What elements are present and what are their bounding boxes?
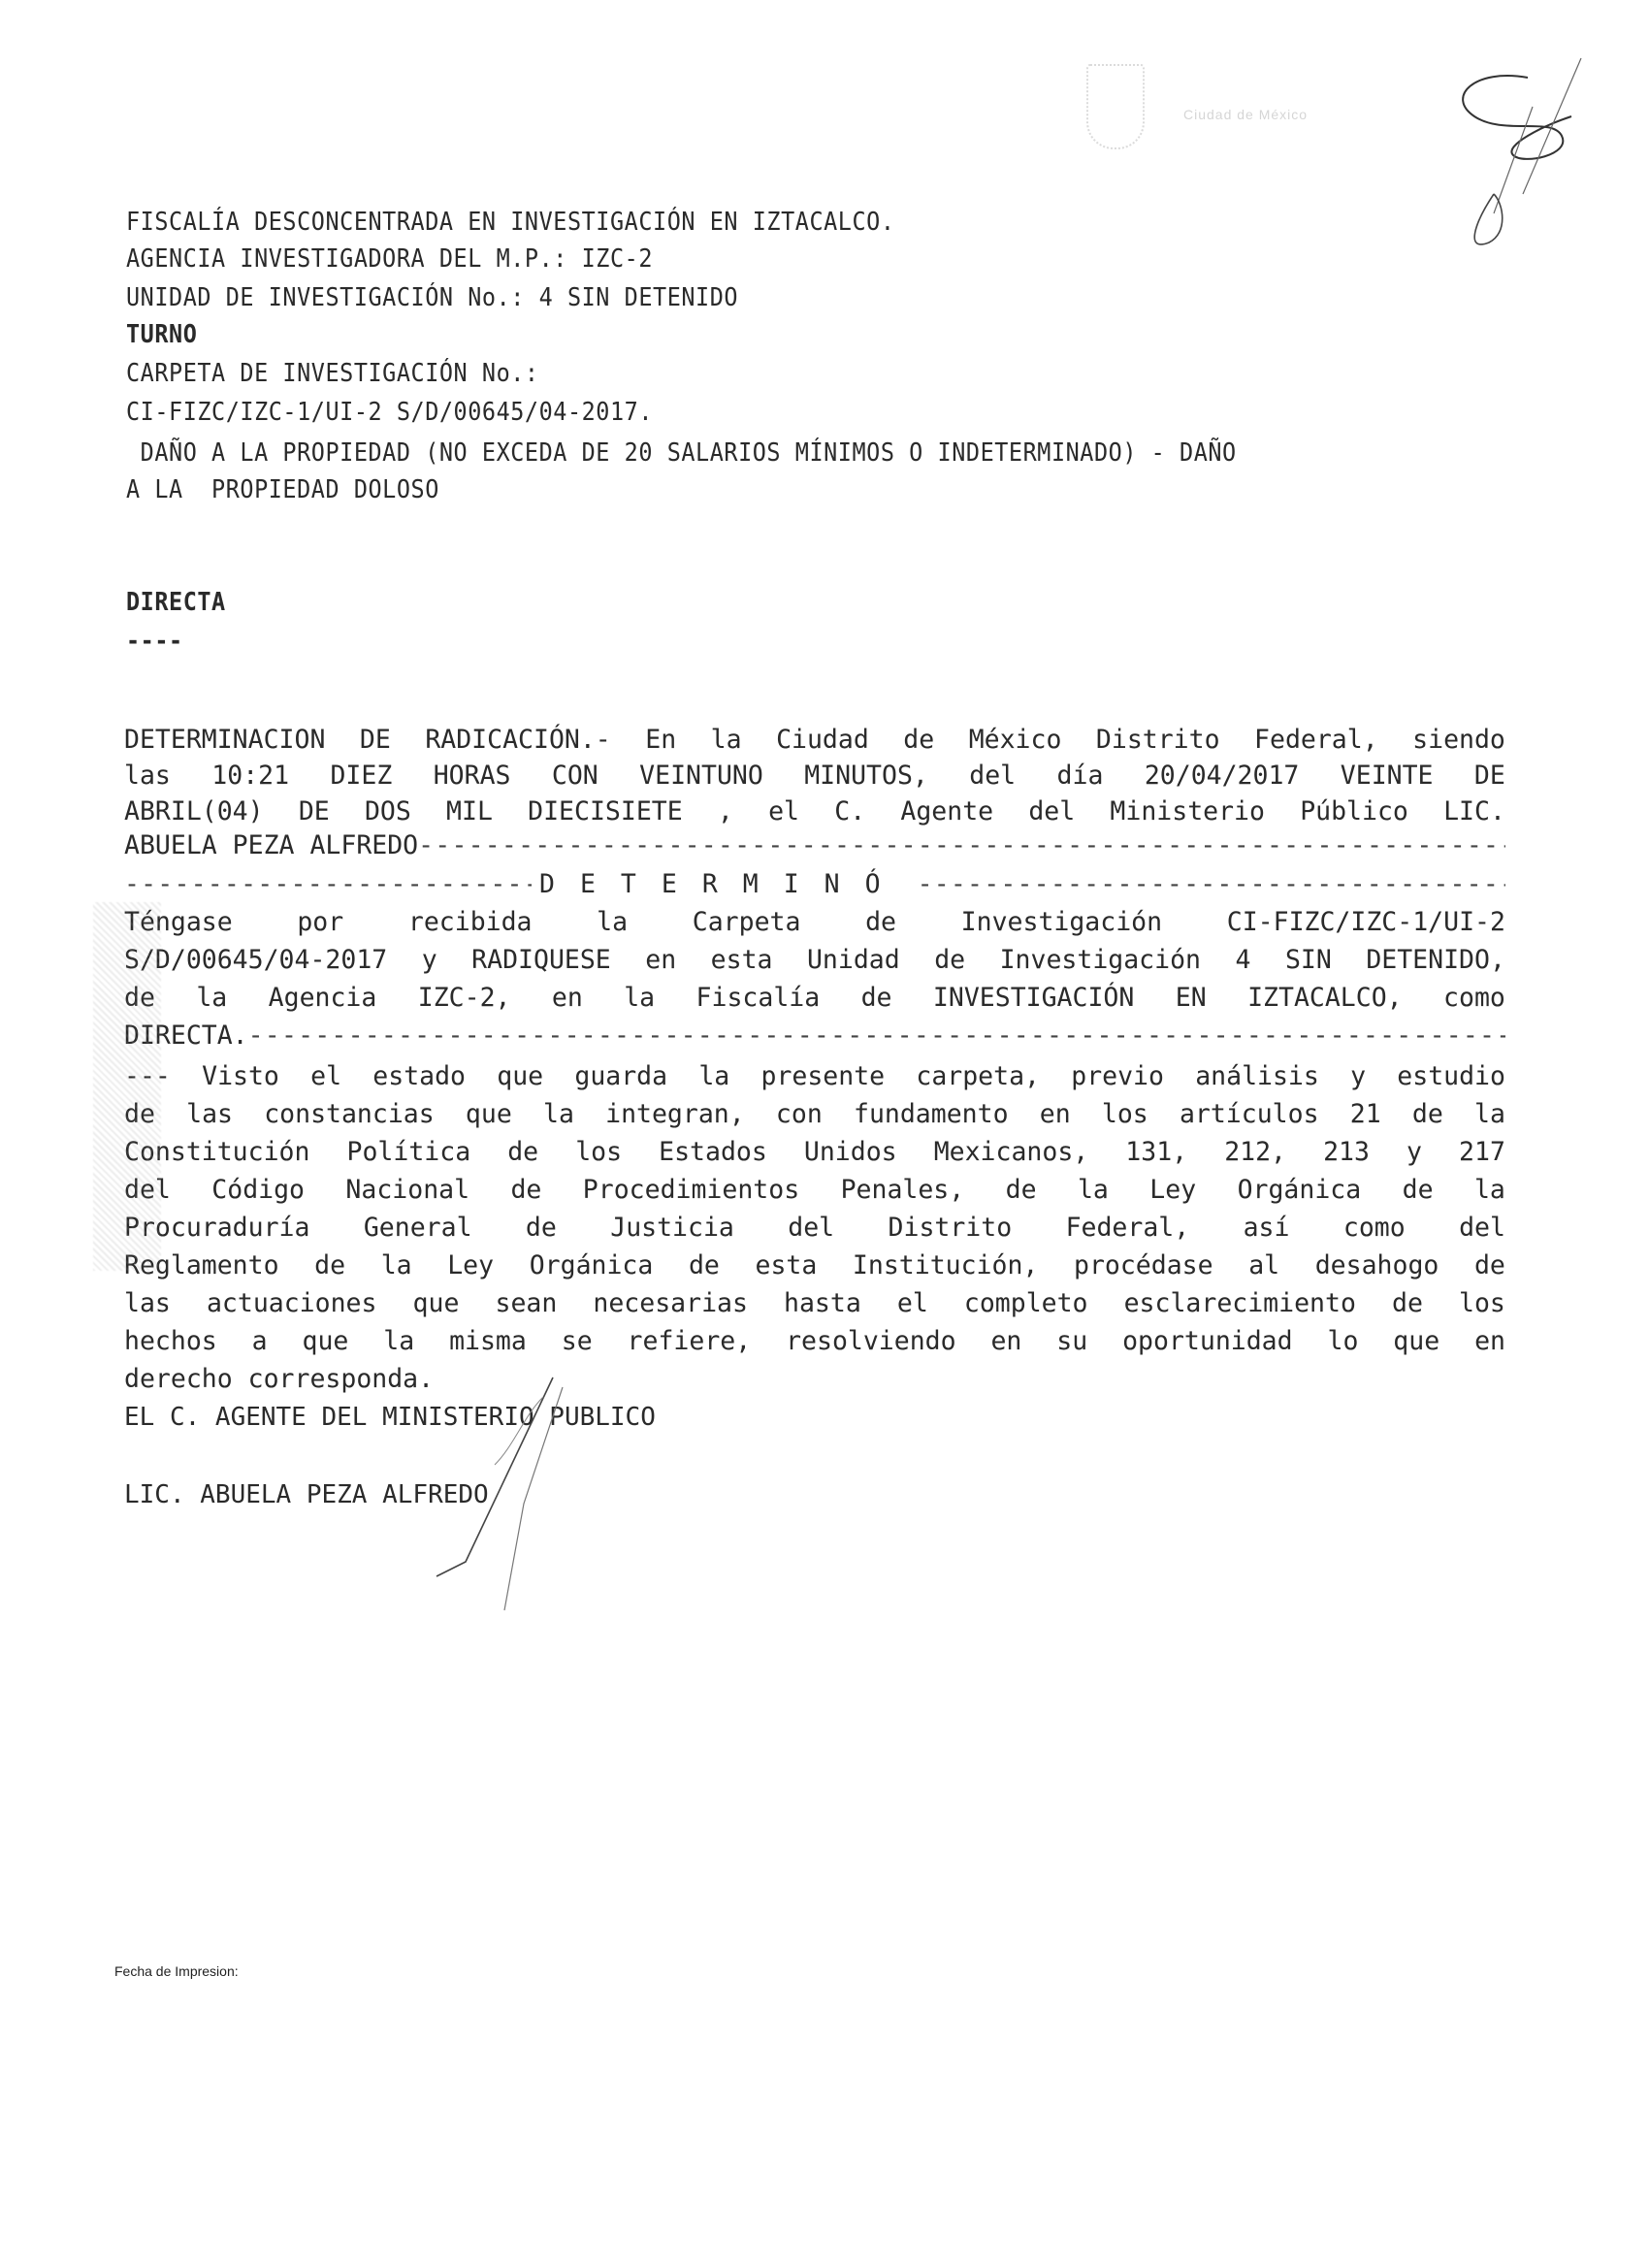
word: 21 <box>1350 1099 1381 1129</box>
word: de <box>1403 1175 1434 1205</box>
unidad-heading: UNIDAD DE INVESTIGACIÓN No.: 4 SIN DETEN… <box>126 283 738 312</box>
word: Justicia <box>610 1213 734 1243</box>
determino-line: ----------------------------------------… <box>124 869 1505 899</box>
word: Código <box>211 1175 305 1205</box>
word: día <box>1057 761 1104 791</box>
word: Política <box>347 1137 471 1167</box>
word: IZTACALCO, <box>1247 983 1403 1013</box>
word: la <box>1474 1099 1505 1129</box>
word: C. <box>834 796 865 826</box>
word: actuaciones <box>207 1288 377 1318</box>
dash-fill: ----------------------------------------… <box>418 830 1505 860</box>
tengase-line: TéngaseporrecibidalaCarpetadeInvestigaci… <box>124 907 1505 937</box>
visto-line: delasconstanciasquelaintegran,confundame… <box>124 1099 1505 1129</box>
word: 20/04/2017 <box>1145 761 1300 791</box>
delito-line-2: A LA PROPIEDAD DOLOSO <box>126 475 439 504</box>
word: Nacional <box>345 1175 469 1205</box>
word: 10:21 <box>211 761 289 791</box>
word: las <box>124 761 171 791</box>
word: 217 <box>1459 1137 1505 1167</box>
dash-fill: ----------------------------------------… <box>918 869 1505 899</box>
word: en <box>552 983 583 1013</box>
word: del <box>969 761 1016 791</box>
word: así <box>1244 1213 1290 1243</box>
radicacion-line: DETERMINACIONDERADICACIÓN.-EnlaCiudaddeM… <box>124 725 1505 755</box>
tengase-line: S/D/00645/04-2017yRADIQUESEenestaUnidadd… <box>124 945 1505 975</box>
word: DETERMINACION <box>124 725 325 755</box>
word: la <box>1078 1175 1109 1205</box>
word: como <box>1443 983 1505 1013</box>
word: necesarias <box>593 1288 748 1318</box>
word: como <box>1343 1213 1406 1243</box>
word: Orgánica <box>1238 1175 1362 1205</box>
word: DOS <box>365 796 411 826</box>
word: MINUTOS, <box>804 761 928 791</box>
word: de <box>689 1250 720 1280</box>
agencia-heading: AGENCIA INVESTIGADORA DEL M.P.: IZC-2 <box>126 244 653 274</box>
shield-icon <box>1086 64 1145 149</box>
word: constancias <box>264 1099 435 1129</box>
word: esclarecimiento <box>1124 1288 1356 1318</box>
visto-line: ConstituciónPolíticadelosEstadosUnidosMe… <box>124 1137 1505 1167</box>
word: sean <box>495 1288 557 1318</box>
delito-line-1: DAÑO A LA PROPIEDAD (NO EXCEDA DE 20 SAL… <box>126 438 1237 468</box>
word: la <box>381 1250 412 1280</box>
word: CI-FIZC/IZC-1/UI-2 <box>1227 907 1505 937</box>
word: de <box>861 983 892 1013</box>
word: en <box>645 945 676 975</box>
word: de <box>865 907 896 937</box>
word: Agencia <box>269 983 377 1013</box>
word: S/D/00645/04-2017 <box>124 945 387 975</box>
directa-line: DIRECTA. -------------------------------… <box>124 1021 1505 1051</box>
word: la <box>383 1326 414 1356</box>
word: , <box>718 796 733 826</box>
word: EN <box>1176 983 1207 1013</box>
word: DIECISIETE <box>528 796 683 826</box>
word: Mexicanos, <box>934 1137 1089 1167</box>
word: completo <box>964 1288 1088 1318</box>
word: de <box>903 725 934 755</box>
determino-word: DETERMINÓ <box>539 869 906 899</box>
word: Unidad <box>807 945 900 975</box>
word: de <box>1474 1250 1505 1280</box>
agent-name-line: ABUELA PEZA ALFREDO --------------------… <box>124 830 1505 860</box>
word: Unidos <box>804 1137 897 1167</box>
word: resolviendo <box>786 1326 956 1356</box>
word: Investigación <box>961 907 1162 937</box>
visto-line: ---Vistoelestadoqueguardalapresentecarpe… <box>124 1061 1505 1091</box>
dash-fill: ----------------------------------------… <box>124 869 532 899</box>
word: esta <box>755 1250 817 1280</box>
word: hasta <box>784 1288 861 1318</box>
word: Público <box>1300 796 1408 826</box>
word: que <box>302 1326 348 1356</box>
word: refiere, <box>628 1326 752 1356</box>
word: fundamento <box>854 1099 1009 1129</box>
closing-line: derecho corresponda. <box>124 1364 1505 1394</box>
word: HORAS <box>434 761 511 791</box>
word: los <box>1102 1099 1148 1129</box>
word: y <box>1350 1061 1366 1091</box>
word: de <box>507 1137 538 1167</box>
word: Institución, <box>853 1250 1038 1280</box>
visto-line: lasactuacionesqueseannecesariashastaelco… <box>124 1288 1505 1318</box>
word: por <box>297 907 343 937</box>
tengase-line: delaAgenciaIZC-2,enlaFiscalíadeINVESTIGA… <box>124 983 1505 1013</box>
word: presente <box>760 1061 885 1091</box>
word: la <box>1474 1175 1505 1205</box>
signature-name: LIC. ABUELA PEZA ALFREDO <box>124 1480 489 1509</box>
word: el <box>768 796 799 826</box>
word: Ministerio <box>1110 796 1265 826</box>
word: DIEZ <box>330 761 392 791</box>
word: la <box>698 1061 729 1091</box>
word: INVESTIGACIÓN <box>933 983 1134 1013</box>
word: 213 <box>1323 1137 1370 1167</box>
word: al <box>1248 1250 1279 1280</box>
word: 131, <box>1125 1137 1187 1167</box>
word: el <box>310 1061 341 1091</box>
fiscalia-heading: FISCALÍA DESCONCENTRADA EN INVESTIGACIÓN… <box>126 208 895 237</box>
word: DE <box>299 796 330 826</box>
word: en <box>1040 1099 1071 1129</box>
word: se <box>562 1326 593 1356</box>
agent-name: ABUELA PEZA ALFREDO <box>124 830 418 860</box>
word: 212, <box>1224 1137 1286 1167</box>
word: Ciudad <box>776 725 869 755</box>
word: de <box>526 1213 557 1243</box>
word: las <box>186 1099 233 1129</box>
word: que <box>466 1099 512 1129</box>
word: con <box>776 1099 823 1129</box>
word: oportunidad <box>1122 1326 1293 1356</box>
word: misma <box>449 1326 527 1356</box>
word: Penales, <box>841 1175 965 1205</box>
word: Agente <box>900 796 993 826</box>
word: esta <box>711 945 773 975</box>
word: ABRIL(04) <box>124 796 264 826</box>
word: previo <box>1071 1061 1164 1091</box>
word: MIL <box>446 796 493 826</box>
word: Procedimientos <box>583 1175 799 1205</box>
visto-line: ProcuraduríaGeneraldeJusticiadelDistrito… <box>124 1213 1505 1243</box>
word: análisis <box>1195 1061 1319 1091</box>
word: estudio <box>1397 1061 1505 1091</box>
word: lo <box>1327 1326 1358 1356</box>
stamp-smudge <box>93 902 161 1271</box>
print-date-label: Fecha de Impresion: <box>114 1963 239 1979</box>
word: Ley <box>1149 1175 1196 1205</box>
word: estado <box>372 1061 466 1091</box>
word: General <box>364 1213 472 1243</box>
radicacion-line: las10:21DIEZHORASCONVEINTUNOMINUTOS,deld… <box>124 761 1505 791</box>
word: procédase <box>1074 1250 1213 1280</box>
word: SIN <box>1285 945 1332 975</box>
word: Federal, <box>1066 1213 1190 1243</box>
word: que <box>497 1061 543 1091</box>
word: de <box>1006 1175 1037 1205</box>
word: la <box>597 907 628 937</box>
word: guarda <box>574 1061 667 1091</box>
word: DE <box>1474 761 1505 791</box>
signature-title: EL C. AGENTE DEL MINISTERIO PUBLICO <box>124 1403 656 1432</box>
word: en <box>1474 1326 1505 1356</box>
word: VEINTE <box>1341 761 1434 791</box>
carpeta-label: CARPETA DE INVESTIGACIÓN No.: <box>126 359 539 388</box>
word: de <box>934 945 965 975</box>
radicacion-line: ABRIL(04)DEDOSMILDIECISIETE,elC.Agentede… <box>124 796 1505 826</box>
word: que <box>413 1288 460 1318</box>
word: la <box>711 725 742 755</box>
word: del <box>1028 796 1075 826</box>
cdmx-logo: Ciudad de México <box>1086 64 1494 151</box>
word: que <box>1393 1326 1439 1356</box>
word: carpeta, <box>916 1061 1040 1091</box>
turno-heading: TURNO <box>126 320 197 349</box>
closing-text: derecho corresponda. <box>124 1364 434 1394</box>
tipo-underline: ---- <box>126 627 183 656</box>
word: DETENIDO, <box>1366 945 1505 975</box>
word: Fiscalía <box>696 983 821 1013</box>
word: Distrito <box>1096 725 1220 755</box>
word: Distrito <box>889 1213 1013 1243</box>
tipo-heading: DIRECTA <box>126 588 226 617</box>
word: Ley <box>447 1250 494 1280</box>
word: RADICACIÓN.- <box>425 725 610 755</box>
word: de <box>1392 1288 1423 1318</box>
word: la <box>196 983 227 1013</box>
word: del <box>1459 1213 1505 1243</box>
word: México <box>969 725 1062 755</box>
word: En <box>645 725 676 755</box>
word: Visto <box>202 1061 279 1091</box>
visto-line: hechosaquelamismaserefiere,resolviendoen… <box>124 1326 1505 1356</box>
word: el <box>897 1288 928 1318</box>
word: Estados <box>659 1137 767 1167</box>
dash-fill: ----------------------------------------… <box>248 1021 1505 1051</box>
word: los <box>575 1137 622 1167</box>
logo-text: Ciudad de México <box>1183 107 1308 122</box>
word: Federal, <box>1254 725 1378 755</box>
word: desahogo <box>1315 1250 1439 1280</box>
word: 4 <box>1236 945 1251 975</box>
word: a <box>252 1326 268 1356</box>
word: VEINTUNO <box>639 761 763 791</box>
word: en <box>990 1326 1021 1356</box>
document-page: Ciudad de México FISCALÍA DESCONCENTRADA… <box>0 0 1649 2268</box>
carpeta-number: CI-FIZC/IZC-1/UI-2 S/D/00645/04-2017. <box>126 398 653 427</box>
word: su <box>1056 1326 1087 1356</box>
word: los <box>1459 1288 1505 1318</box>
word: LIC. <box>1443 796 1505 826</box>
word: Investigación <box>1000 945 1201 975</box>
word: IZC-2, <box>418 983 511 1013</box>
word: de <box>1412 1099 1443 1129</box>
word: artículos <box>1180 1099 1319 1129</box>
word: de <box>314 1250 345 1280</box>
word: del <box>788 1213 834 1243</box>
word: recibida <box>408 907 533 937</box>
word: y <box>422 945 437 975</box>
word: RADIQUESE <box>471 945 611 975</box>
visto-line: ReglamentodelaLeyOrgánicadeestaInstituci… <box>124 1250 1505 1280</box>
word: hechos <box>124 1326 217 1356</box>
word: Carpeta <box>693 907 801 937</box>
word: de <box>510 1175 541 1205</box>
word: la <box>624 983 655 1013</box>
word: siendo <box>1412 725 1505 755</box>
word: y <box>1406 1137 1422 1167</box>
word: CON <box>552 761 598 791</box>
word: DE <box>360 725 391 755</box>
visto-line: delCódigoNacionaldeProcedimientosPenales… <box>124 1175 1505 1205</box>
word: Orgánica <box>530 1250 654 1280</box>
word: la <box>543 1099 574 1129</box>
word: integran, <box>605 1099 745 1129</box>
word: las <box>124 1288 171 1318</box>
